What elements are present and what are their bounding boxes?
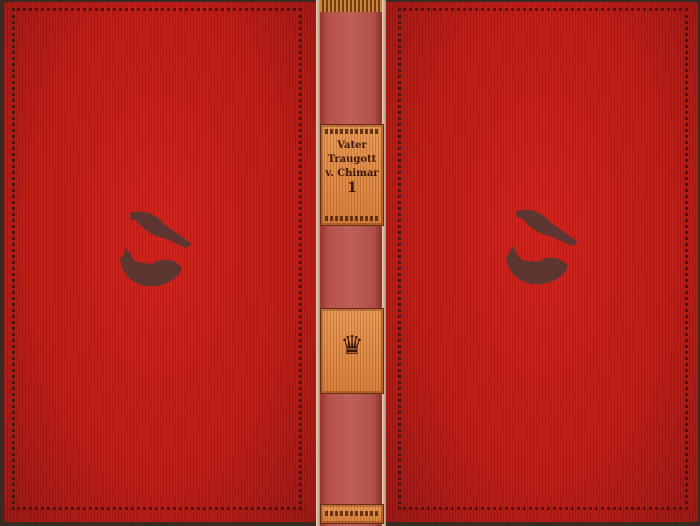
bird-on-nest-icon xyxy=(112,204,202,294)
ornament-foot xyxy=(325,511,379,516)
bird-on-nest-icon xyxy=(498,202,588,292)
spine-title-label: Vater Traugott v. Chimar 1 xyxy=(320,124,384,226)
ornament-bottom xyxy=(325,216,379,221)
spine-edge-left xyxy=(316,0,320,526)
spine-top-band xyxy=(320,0,382,12)
book-photo: Vater Traugott v. Chimar 1 ♛ xyxy=(0,0,700,526)
spine-foot-label xyxy=(320,504,384,524)
crown-icon: ♛ xyxy=(321,331,383,361)
title-line-1: Vater xyxy=(321,139,383,153)
spine-edge-right xyxy=(382,0,386,526)
volume-number: 1 xyxy=(321,181,383,195)
spine-title-text: Vater Traugott v. Chimar 1 xyxy=(321,139,383,195)
ornament-top xyxy=(325,129,379,134)
title-line-3: v. Chimar xyxy=(321,167,383,181)
title-line-2: Traugott xyxy=(321,153,383,167)
spine-crown-label: ♛ xyxy=(320,308,384,394)
book-spine xyxy=(316,0,386,526)
